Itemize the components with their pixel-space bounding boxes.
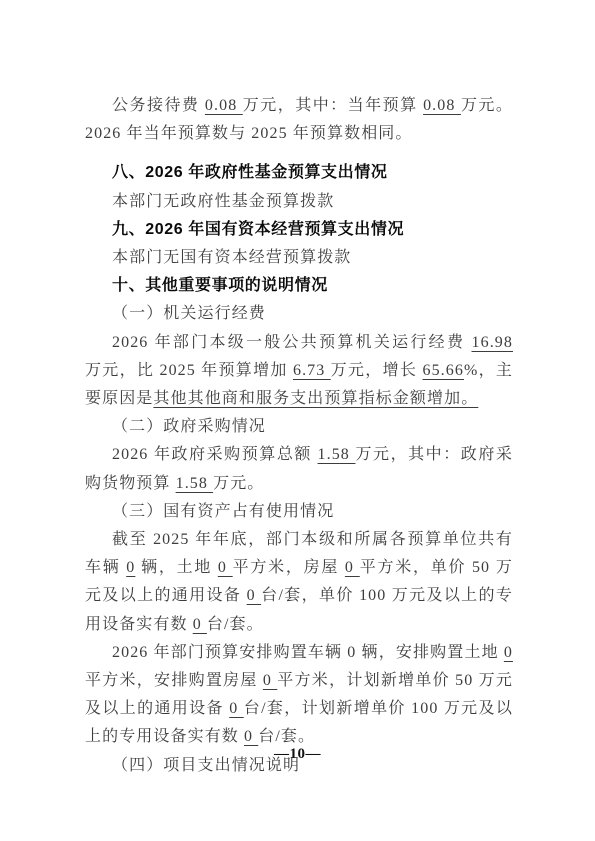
text-run: 2026 年部门预算安排购置车辆 0 辆，安排购置土地 [112, 644, 504, 661]
text-run: 万元，增长 [331, 362, 423, 379]
underlined-value: 0 [229, 700, 243, 717]
paragraph-agency-operating-cost: 2026 年部门本级一般公共预算机关运行经费 16.98 万元，比 2025 年… [85, 329, 513, 414]
text-run: 公务接待费 [112, 97, 205, 114]
text-run: 万元，比 2025 年预算增加 [85, 362, 293, 379]
text-run: 平方米，房屋 [233, 559, 345, 576]
paragraph-no-statecapital-budget: 本部门无国有资本经营预算拨款 [85, 244, 513, 272]
subheading-state-assets: （三）国有资产占有使用情况 [85, 498, 513, 526]
underlined-value: 65.66 [422, 362, 464, 379]
section-heading-10: 十、其他重要事项的说明情况 [85, 272, 513, 300]
section-heading-8: 八、2026 年政府性基金预算支出情况 [85, 159, 513, 187]
underlined-value: 0 [126, 559, 135, 576]
text-run: 台/套。 [207, 616, 264, 633]
paragraph-no-govfund-budget: 本部门无政府性基金预算拨款 [85, 188, 513, 216]
text-run: （二）政府采购情况 [112, 418, 266, 435]
section-heading-9: 九、2026 年国有资本经营预算支出情况 [85, 216, 513, 244]
underlined-value: 1.58 [318, 446, 356, 463]
underlined-value: 0.08 [205, 97, 243, 114]
text-run: 万元，其中：当年预算 [243, 97, 423, 114]
underlined-value: 0 [504, 644, 513, 661]
underlined-value: 0.08 [423, 97, 461, 114]
text-run: （一）机关运行经费 [112, 305, 266, 322]
text-run: 辆，土地 [135, 559, 217, 576]
text-run: 平方米，安排购置房屋 [85, 672, 263, 689]
text-run: （三）国有资产占有使用情况 [112, 503, 334, 520]
document-body: 公务接待费 0.08 万元，其中：当年预算 0.08 万元。2026 年当年预算… [85, 92, 513, 780]
underlined-value: 1.58 [176, 475, 214, 492]
underlined-value: 0 [247, 587, 261, 604]
text-run: 本部门无政府性基金预算拨款 [112, 193, 334, 210]
underlined-value: 0 [218, 559, 233, 576]
text-run: 台/套。 [258, 728, 315, 745]
underlined-value: 0 [193, 616, 207, 633]
text-run: 十、其他重要事项的说明情况 [112, 277, 328, 294]
paragraph-official-reception: 公务接待费 0.08 万元，其中：当年预算 0.08 万元。2026 年当年预算… [85, 92, 513, 148]
underlined-value: 0 [263, 672, 277, 689]
underlined-value: 其他其他商和服务支出预算指标金额增加。 [153, 390, 478, 407]
paragraph-government-procurement: 2026 年政府采购预算总额 1.58 万元，其中：政府采购货物预算 1.58 … [85, 441, 513, 497]
underlined-value: 16.98 [472, 334, 514, 351]
page-number: —10— [0, 746, 595, 763]
text-run: 八、2026 年政府性基金预算支出情况 [112, 164, 387, 181]
underlined-value: 6.73 [293, 362, 331, 379]
paragraph-state-assets-current: 截至 2025 年年底，部门本级和所属各预算单位共有车辆 0 辆，土地 0 平方… [85, 526, 513, 639]
text-run: 九、2026 年国有资本经营预算支出情况 [112, 221, 404, 238]
subheading-government-procurement: （二）政府采购情况 [85, 413, 513, 441]
underlined-value: 0 [345, 559, 360, 576]
document-page: 公务接待费 0.08 万元，其中：当年预算 0.08 万元。2026 年当年预算… [0, 0, 595, 841]
paragraph-state-assets-planned: 2026 年部门预算安排购置车辆 0 辆，安排购置土地 0 平方米，安排购置房屋… [85, 639, 513, 752]
text-run: 2026 年部门本级一般公共预算机关运行经费 [112, 334, 472, 351]
underlined-value: 0 [244, 728, 258, 745]
subheading-agency-operating-cost: （一）机关运行经费 [85, 300, 513, 328]
text-run: 本部门无国有资本经营预算拨款 [112, 249, 351, 266]
text-run: 万元。 [213, 475, 264, 492]
text-run: 2026 年政府采购预算总额 [112, 446, 318, 463]
